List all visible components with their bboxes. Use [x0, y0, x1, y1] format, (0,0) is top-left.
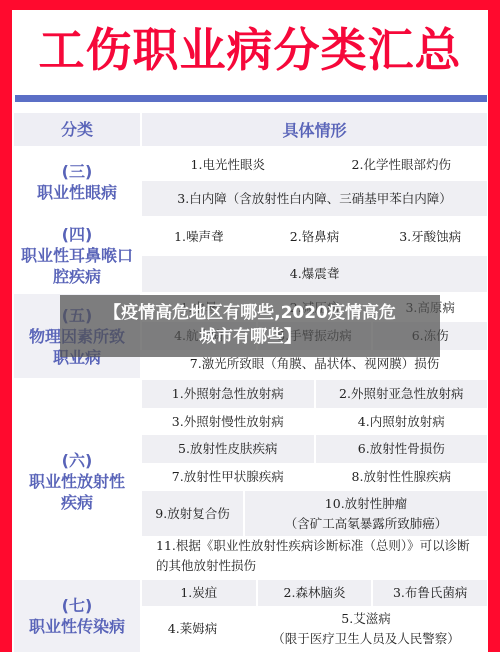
section-radiation: (六) 职业性放射性 疾病 1.外照射急性放射病 2.外照射亚急性放射病 3.外… [14, 380, 487, 580]
caption-overlay: 【疫情高危地区有哪些,2020疫情高危 城市有哪些】 [60, 295, 440, 357]
detail-item: 4.内照射放射病 [316, 408, 488, 436]
detail-line: 4.爆震聋 [142, 256, 487, 292]
detail-line: 5.放射性皮肤疾病 6.放射性骨损伤 [142, 435, 487, 463]
category-num: (三) [62, 161, 93, 182]
detail-line: 1.炭疽 2.森林脑炎 3.布鲁氏菌病 [142, 580, 487, 606]
header-details: 具体情形 [142, 113, 487, 146]
category-num: (六) [62, 450, 93, 471]
detail-item: 2.铬鼻病 [258, 218, 374, 256]
caption-line: 【疫情高危地区有哪些,2020疫情高危 [60, 301, 440, 325]
category-name-line: 腔疾病 [53, 266, 101, 287]
detail-line: 3.白内障（含放射性白内障、三硝基甲苯白内障） [142, 181, 487, 216]
detail-line: 7.放射性甲状腺疾病 8.放射性性腺疾病 [142, 463, 487, 491]
table-header: 分类 具体情形 [14, 113, 487, 148]
detail-item: 4.爆震聋 [142, 256, 487, 292]
detail-item: 1.外照射急性放射病 [142, 380, 316, 408]
category-num: (四) [62, 224, 93, 245]
detail-item: 1.炭疽 [142, 580, 258, 606]
category-cell: (六) 职业性放射性 疾病 [14, 380, 142, 578]
detail-line: 9.放射复合伤 10.放射性肿瘤 （含矿工高氡暴露所致肺癌） [142, 491, 487, 537]
category-num: (七) [62, 595, 93, 616]
detail-item: 4.莱姆病 [142, 606, 245, 652]
caption-line: 城市有哪些】 [60, 325, 440, 349]
detail-item-multiline: 5.艾滋病 （限于医疗卫生人员及人民警察） [245, 606, 487, 652]
detail-line: 3.外照射慢性放射病 4.内照射放射病 [142, 408, 487, 436]
detail-line: 4.莱姆病 5.艾滋病 （限于医疗卫生人员及人民警察） [142, 606, 487, 652]
category-cell: (四) 职业性耳鼻喉口 腔疾病 [14, 218, 142, 292]
detail-line: 11.根据《职业性放射性疾病诊断标准（总则）》可以诊断 的其他放射性损伤 [142, 536, 487, 578]
category-name-line: 职业性放射性 [29, 471, 125, 492]
category-name: 职业性眼病 [37, 182, 117, 203]
detail-text: （限于医疗卫生人员及人民警察） [272, 629, 460, 649]
detail-text: （含矿工高氡暴露所致肺癌） [285, 514, 448, 534]
detail-item: 6.放射性骨损伤 [316, 435, 488, 463]
title-divider [15, 95, 487, 102]
detail-text: 的其他放射性损伤 [156, 556, 256, 576]
detail-text: 11.根据《职业性放射性疾病诊断标准（总则）》可以诊断 [156, 536, 470, 556]
section-eye: (三) 职业性眼病 1.电光性眼炎 2.化学性眼部灼伤 3.白内障（含放射性白内… [14, 148, 487, 218]
detail-item: 8.放射性性腺疾病 [316, 463, 488, 491]
header-category: 分类 [14, 113, 142, 146]
detail-item: 9.放射复合伤 [142, 491, 245, 537]
category-name: 职业性传染病 [29, 616, 125, 637]
detail-text: 10.放射性肿瘤 [325, 494, 407, 514]
detail-item: 2.森林脑炎 [258, 580, 374, 606]
category-cell: (三) 职业性眼病 [14, 148, 142, 216]
detail-line: 1.噪声聋 2.铬鼻病 3.牙酸蚀病 [142, 218, 487, 256]
category-cell: (七) 职业性传染病 [14, 580, 142, 652]
section-infectious: (七) 职业性传染病 1.炭疽 2.森林脑炎 3.布鲁氏菌病 4.莱姆病 5.艾… [14, 580, 487, 652]
page-title: 工伤职业病分类汇总 [12, 22, 488, 78]
section-ent: (四) 职业性耳鼻喉口 腔疾病 1.噪声聋 2.铬鼻病 3.牙酸蚀病 4.爆震聋 [14, 218, 487, 294]
detail-line: 1.电光性眼炎 2.化学性眼部灼伤 [142, 148, 487, 181]
detail-item: 3.外照射慢性放射病 [142, 408, 316, 436]
detail-item: 2.化学性眼部灼伤 [316, 148, 488, 181]
detail-item-multiline: 11.根据《职业性放射性疾病诊断标准（总则）》可以诊断 的其他放射性损伤 [142, 536, 487, 578]
detail-item-multiline: 10.放射性肿瘤 （含矿工高氡暴露所致肺癌） [245, 491, 487, 537]
disease-table: 分类 具体情形 (三) 职业性眼病 1.电光性眼炎 2.化学性眼部灼伤 3.白内… [14, 113, 487, 652]
detail-item: 3.布鲁氏菌病 [373, 580, 487, 606]
detail-item: 3.白内障（含放射性白内障、三硝基甲苯白内障） [142, 181, 487, 216]
detail-line: 1.外照射急性放射病 2.外照射亚急性放射病 [142, 380, 487, 408]
detail-item: 2.外照射亚急性放射病 [316, 380, 488, 408]
detail-item: 1.电光性眼炎 [142, 148, 316, 181]
detail-item: 3.牙酸蚀病 [373, 218, 487, 256]
detail-text: 5.艾滋病 [341, 609, 390, 629]
detail-item: 7.放射性甲状腺疾病 [142, 463, 316, 491]
category-name-line: 职业性耳鼻喉口 [21, 245, 133, 266]
category-name-line: 疾病 [61, 492, 93, 513]
detail-item: 1.噪声聋 [142, 218, 258, 256]
detail-item: 5.放射性皮肤疾病 [142, 435, 316, 463]
